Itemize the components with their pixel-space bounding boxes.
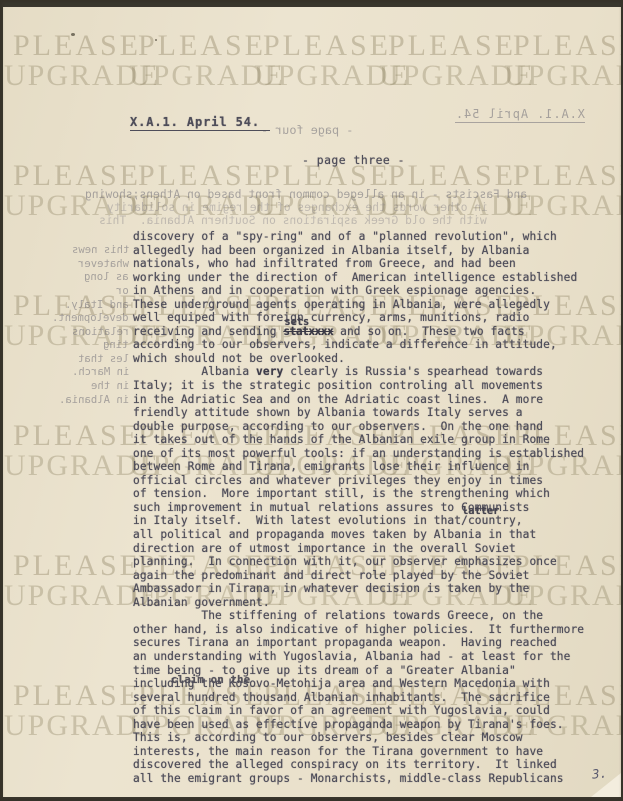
text-line: These underground agents operating in Al… (133, 298, 593, 312)
text-line: Ambassador in Tirana, in whatever decisi… (133, 582, 593, 596)
text-line: in Italy itself. With latest evolutions … (133, 514, 593, 528)
text-line: discovered the alleged conspiracy on its… (133, 758, 593, 772)
text-line: allegedly had been organized in Albania … (133, 244, 593, 258)
interlinear-correction: latter (462, 505, 499, 519)
text-line: which should not be overlooked. (133, 352, 593, 366)
text-line: in Athens and in cooperation with Greek … (133, 284, 593, 298)
paper-speck (71, 33, 75, 36)
document-header: X.A.1. April 54. (130, 115, 270, 131)
text-line: nationals, who had infiltrated from Gree… (133, 257, 593, 271)
text-line: of this claim in favor of an agreement w… (133, 704, 593, 718)
text-line: working under the direction of American … (133, 271, 593, 285)
text-line: Albanian government. (133, 596, 593, 610)
text-line: receiving and sending setsstatxxxx and s… (133, 325, 593, 339)
text-line: of tension. More important still, is the… (133, 487, 593, 501)
text-line: according to our observers, indicate a d… (133, 338, 593, 352)
typed-text-layer: X.A.1. April 54. - page three - discover… (3, 7, 621, 797)
text-line: The stiffening of relations towards Gree… (133, 609, 593, 623)
text-line: well equiped with foreign currency, arms… (133, 311, 593, 325)
body-text: discovery of a "spy-ring" and of a "plan… (133, 230, 593, 785)
text-line: have been used as effective propaganda w… (133, 718, 593, 732)
emphasized-word: very (256, 365, 283, 378)
text-line: discovery of a "spy-ring" and of a "plan… (133, 230, 593, 244)
text-line: such improvement in mutual relations ass… (133, 501, 593, 515)
page-label: - page three - (302, 153, 405, 167)
text-line: again the predominant and direct role pl… (133, 569, 593, 583)
text-line: interests, the main reason for the Tiran… (133, 745, 593, 759)
text-line: official circles and whatever privileges… (133, 474, 593, 488)
text-line: time being - to give up its dream of a "… (133, 664, 593, 678)
text-line: it takes out of the hands of the Albania… (133, 433, 593, 447)
interlinear-correction: sets (284, 316, 309, 330)
text-line: secures Tirana an important propaganda w… (133, 636, 593, 650)
text-line: an understanding with Yugoslavia, Albani… (133, 650, 593, 664)
text-line: This is, according to our observers, bes… (133, 731, 593, 745)
text-line: Italy; it is the strategic position cont… (133, 379, 593, 393)
text-line: double purpose, according to our observe… (133, 420, 593, 434)
text-line: including the Kosovo-Metohija area and W… (133, 677, 593, 691)
text-line: in the Adriatic Sea and on the Adriatic … (133, 393, 593, 407)
text-line: between Rome and Tirana, emigrants lose … (133, 460, 593, 474)
text-line: other hand, is also indicative of higher… (133, 623, 593, 637)
text-line: several hundred thousand Albanian inhabi… (133, 691, 593, 705)
paper-sheet: PLEASEUPGRADEPLEASEUPGRADEPLEASEUPGRADEP… (3, 7, 621, 797)
text-line: all the emigrant groups - Monarchists, m… (133, 772, 593, 786)
text-line: one of its most powerful tools: if an un… (133, 447, 593, 461)
text-line: planning. In connection with it, our obs… (133, 555, 593, 569)
text-line: friendly attitude shown by Albania towar… (133, 406, 593, 420)
scanned-document: PLEASEUPGRADEPLEASEUPGRADEPLEASEUPGRADEP… (0, 0, 623, 801)
text-line: Albania very clearly is Russia's spearhe… (133, 365, 593, 379)
page-number: 3. (591, 765, 607, 781)
text-line: all political and propaganda moves taken… (133, 528, 593, 542)
text-line: direction are of utmost importance in th… (133, 542, 593, 556)
paper-speck (155, 39, 157, 41)
